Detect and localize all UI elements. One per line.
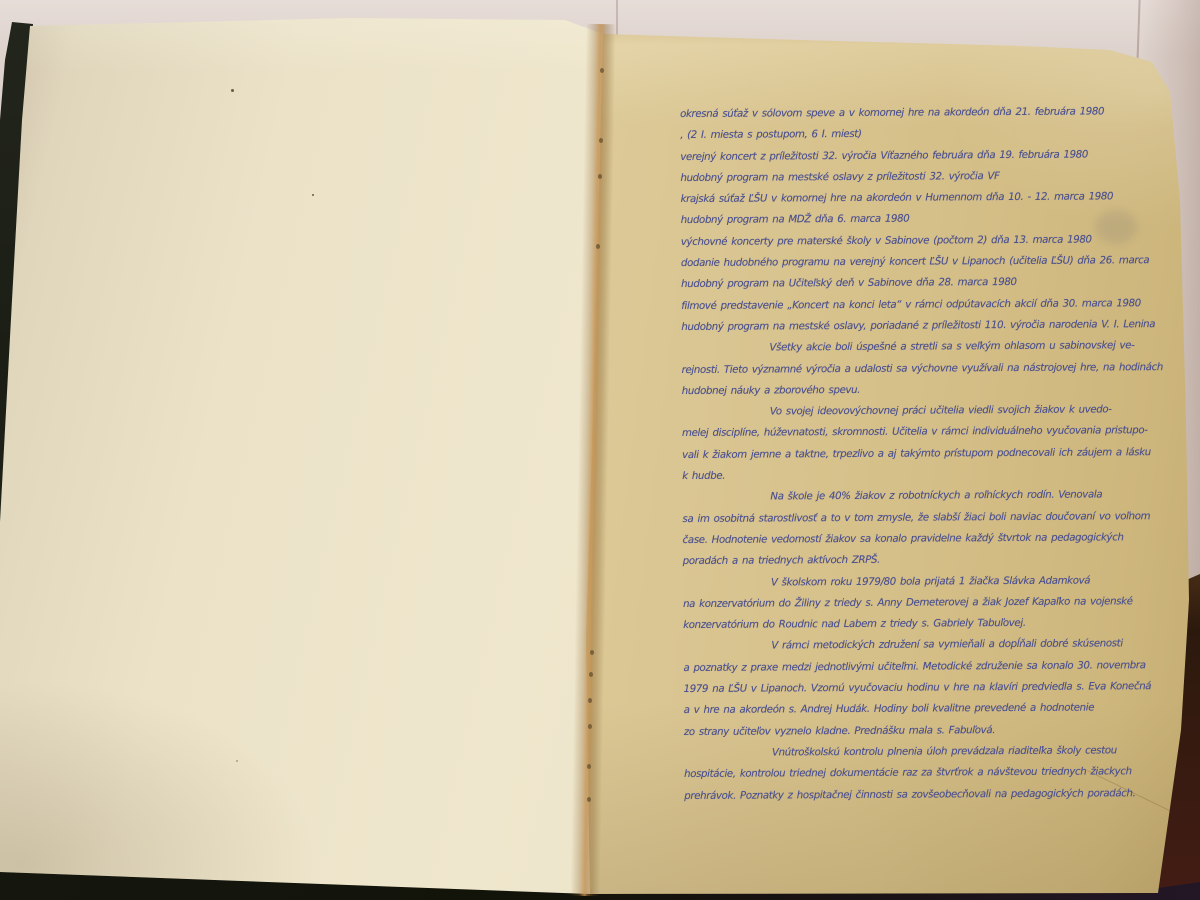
handwritten-line: hudobný program na mestské oslavy, poria… [681, 314, 1151, 338]
photo-of-open-chronicle: okresná súťaž v sólovom speve a v komorn… [0, 0, 1200, 900]
handwritten-line: konzervatórium do Roudnic nad Labem z tr… [683, 612, 1153, 636]
handwritten-line: filmové predstavenie „Koncert na konci l… [681, 293, 1151, 317]
handwritten-line: hudobný program na Učiteľský deň v Sabin… [681, 272, 1151, 296]
stitch-hole [598, 174, 602, 179]
handwritten-line: okresná súťaž v sólovom speve a v komorn… [680, 101, 1150, 125]
handwritten-line: Na škole je 40% žiakov z robotníckych a … [682, 484, 1152, 508]
stitch-hole [599, 138, 603, 143]
handwritten-line: Vo svojej ideovovýchovnej práci učitelia… [682, 399, 1152, 423]
stitch-hole [588, 724, 592, 729]
paper-speck [236, 760, 238, 762]
stitch-hole [588, 698, 592, 703]
handwritten-line: hudobný program na mestské oslavy z príl… [680, 165, 1150, 189]
stitch-hole [600, 68, 604, 73]
stitch-hole [587, 797, 591, 802]
handwritten-line: hospitácie, kontrolou triednej dokumentá… [684, 761, 1154, 785]
handwritten-line: zo strany učiteľov vyznelo kladne. Predn… [684, 719, 1154, 743]
handwritten-line: Vnútroškolskú kontrolu plnenia úloh prev… [684, 740, 1154, 764]
handwritten-line: na konzervatórium do Žiliny z triedy s. … [683, 591, 1153, 615]
paper-speck [231, 89, 234, 92]
handwritten-text: okresná súťaž v sólovom speve a v komorn… [680, 101, 1154, 807]
handwritten-line: 1979 na ĽŠU v Lipanoch. Vzornú vyučovaci… [684, 676, 1154, 700]
handwritten-line: sa im osobitná starostlivosť a to v tom … [682, 506, 1152, 530]
stitch-hole [596, 244, 600, 249]
paper-speck [312, 194, 314, 196]
handwritten-line: verejný koncert z príležitosti 32. výroč… [680, 144, 1150, 168]
stitch-hole [587, 764, 591, 769]
handwritten-line: V školskom roku 1979/80 bola prijatá 1 ž… [683, 570, 1153, 594]
stitch-hole [590, 650, 594, 655]
handwritten-line: dodanie hudobného programu na verejný ko… [681, 250, 1151, 274]
handwritten-line: vali k žiakom jemne a taktne, trpezlivo … [682, 442, 1152, 466]
handwritten-line: melej disciplíne, húževnatosti, skromnos… [682, 421, 1152, 445]
handwritten-line: prehrávok. Poznatky z hospitačnej činnos… [684, 783, 1154, 807]
handwritten-line: , (2 I. miesta s postupom, 6 I. miest) [680, 122, 1150, 146]
handwritten-line: poradách a na triednych aktívoch ZRPŠ. [683, 548, 1153, 572]
handwritten-line: a v hre na akordeón s. Andrej Hudák. Hod… [684, 697, 1154, 721]
handwritten-line: k hudbe. [682, 463, 1152, 487]
stitch-hole [589, 672, 593, 677]
handwritten-line: a poznatky z praxe medzi jednotlivými uč… [683, 655, 1153, 679]
wall-seam [616, 0, 618, 40]
handwritten-line: výchovné koncerty pre materské školy v S… [681, 229, 1151, 253]
handwritten-line: hudobnej náuky a zborového spevu. [682, 378, 1152, 402]
handwritten-line: Všetky akcie boli úspešné a stretli sa s… [681, 335, 1151, 359]
handwritten-line: krajská súťaž ĽŠU v komornej hre na akor… [681, 186, 1151, 210]
handwritten-line: hudobný program na MDŽ dňa 6. marca 1980 [681, 208, 1151, 232]
handwritten-line: čase. Hodnotenie vedomostí žiakov sa kon… [683, 527, 1153, 551]
handwritten-line: rejnosti. Tieto významné výročia a udalo… [682, 357, 1152, 381]
handwritten-line: V rámci metodických združení sa vymieňal… [683, 634, 1153, 658]
